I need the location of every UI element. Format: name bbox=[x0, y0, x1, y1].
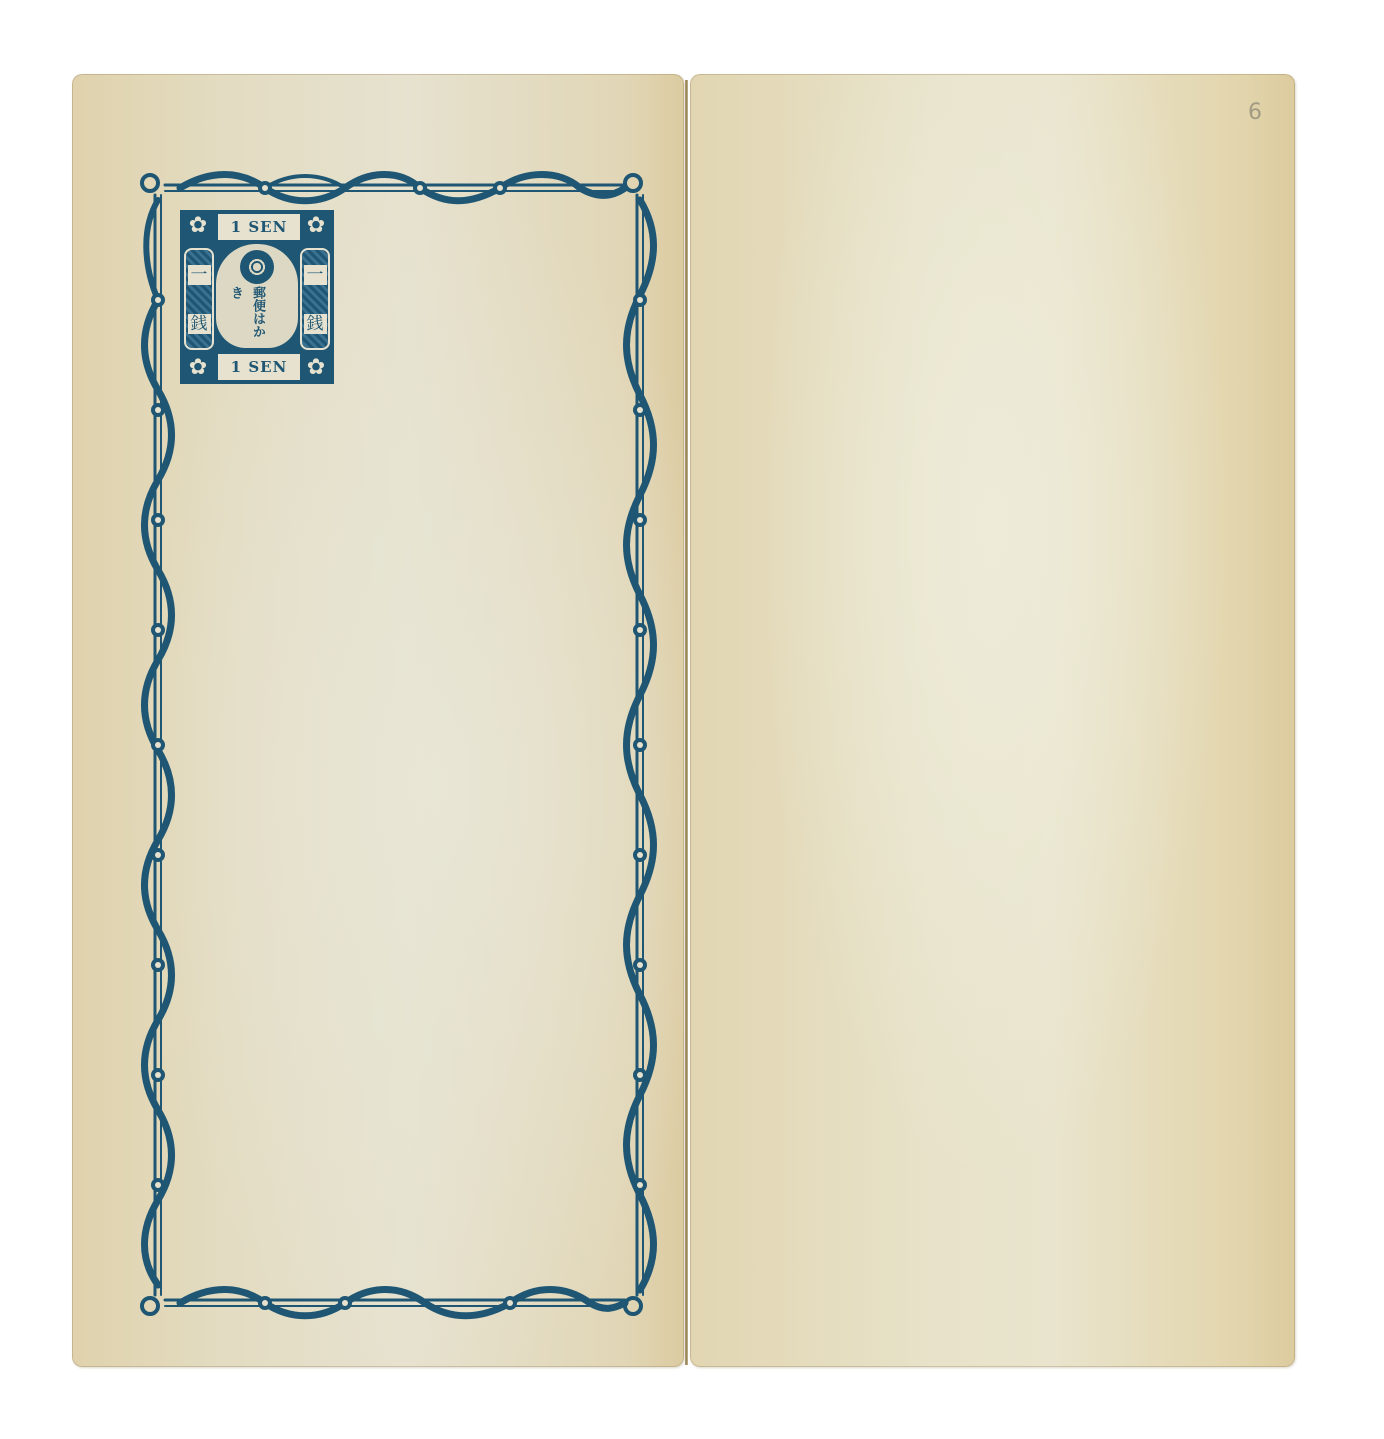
stamp-side-left: 一 銭 bbox=[184, 248, 214, 350]
chrysanthemum-crest-icon bbox=[240, 250, 274, 284]
imprinted-stamp: ✿ ✿ ✿ ✿ 1 SEN 1 SEN 一 銭 一 銭 郵便はかき bbox=[180, 210, 334, 384]
flower-corner-icon: ✿ bbox=[302, 354, 330, 382]
stamp-value-top: 1 SEN bbox=[218, 214, 300, 240]
stamp-side-numeral: 一 bbox=[188, 265, 211, 285]
pencil-mark: 6 bbox=[1248, 100, 1262, 125]
flower-corner-icon: ✿ bbox=[302, 212, 330, 240]
stamp-side-unit: 銭 bbox=[304, 314, 327, 334]
stamp-side-unit: 銭 bbox=[188, 314, 211, 334]
stamp-side-right: 一 銭 bbox=[300, 248, 330, 350]
flower-corner-icon: ✿ bbox=[184, 212, 212, 240]
flower-corner-icon: ✿ bbox=[184, 354, 212, 382]
stamp-side-numeral: 一 bbox=[304, 265, 327, 285]
stamp-value-bottom: 1 SEN bbox=[218, 354, 300, 380]
stamp-center-medallion: 郵便はかき bbox=[216, 244, 298, 348]
stamp-center-text: 郵便はかき bbox=[246, 286, 268, 348]
